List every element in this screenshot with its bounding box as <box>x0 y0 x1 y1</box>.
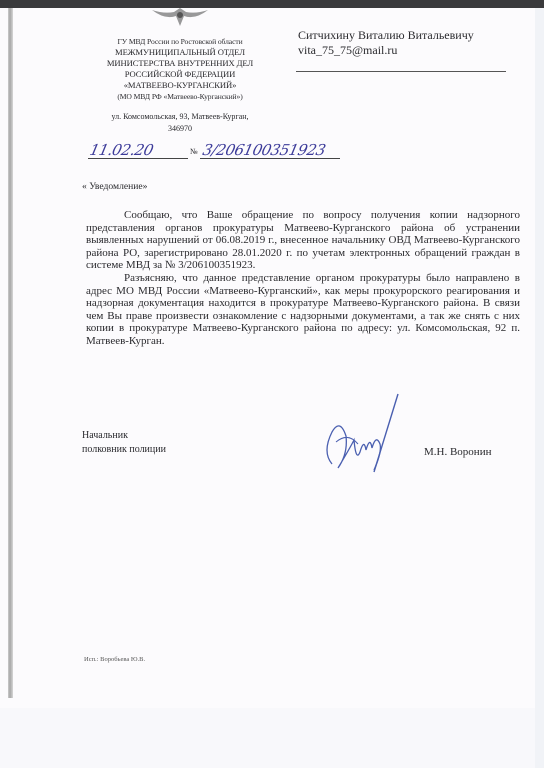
letter-subject: « Уведомление» <box>82 181 147 192</box>
body-paragraph: Разъясняю, что данное представление орга… <box>86 272 520 348</box>
body-paragraph: Сообщаю, что Ваше обращение по вопросу п… <box>86 209 520 272</box>
sender-line: «МАТВЕЕВО-КУРГАНСКИЙ» <box>72 80 288 91</box>
date-underline <box>88 158 188 159</box>
executor-note: Исп.: Воробьева Ю.В. <box>84 656 145 663</box>
handwritten-date: 11.02.20 <box>88 141 155 159</box>
sender-line: МЕЖМУНИЦИПАЛЬНЫЙ ОТДЕЛ <box>72 47 288 58</box>
recipient-email: vita_75_75@mail.ru <box>298 43 474 58</box>
number-underline <box>200 158 340 159</box>
signatory-name: М.Н. Воронин <box>424 446 491 458</box>
registration-line: 11.02.20 № 3/206100351923 <box>88 140 348 162</box>
signatory-position: Начальник <box>82 429 166 443</box>
sender-line: (МО МВД РФ «Матвеево-Курганский») <box>72 91 288 102</box>
viewer-top-bar <box>0 0 544 8</box>
sender-organization-block: ГУ МВД России по Ростовской области МЕЖМ… <box>72 36 288 102</box>
sender-line: РОССИЙСКОЙ ФЕДЕРАЦИИ <box>72 69 288 80</box>
letter-body: Сообщаю, что Ваше обращение по вопросу п… <box>86 209 520 348</box>
recipient-name: Ситчихину Виталию Витальевичу <box>298 28 474 43</box>
recipient-block: Ситчихину Виталию Витальевичу vita_75_75… <box>298 28 474 58</box>
sender-postcode: 346970 <box>72 124 288 133</box>
signatory-rank: полковник полиции <box>82 443 166 457</box>
recipient-divider <box>296 71 506 72</box>
scan-edge-shadow <box>8 8 13 698</box>
page-right-margin <box>535 8 544 768</box>
eagle-emblem-icon <box>150 6 210 28</box>
sender-address: ул. Комсомольская, 93, Матвеев-Курган, <box>72 111 288 122</box>
number-sign: № <box>190 147 198 156</box>
handwritten-number: 3/206100351923 <box>201 141 327 159</box>
sender-line: ГУ МВД России по Ростовской области <box>72 36 288 47</box>
handwritten-signature-icon <box>318 392 408 482</box>
sender-line: МИНИСТЕРСТВА ВНУТРЕННИХ ДЕЛ <box>72 58 288 69</box>
viewer-background <box>0 708 544 768</box>
signatory-title: Начальник полковник полиции <box>82 429 166 457</box>
